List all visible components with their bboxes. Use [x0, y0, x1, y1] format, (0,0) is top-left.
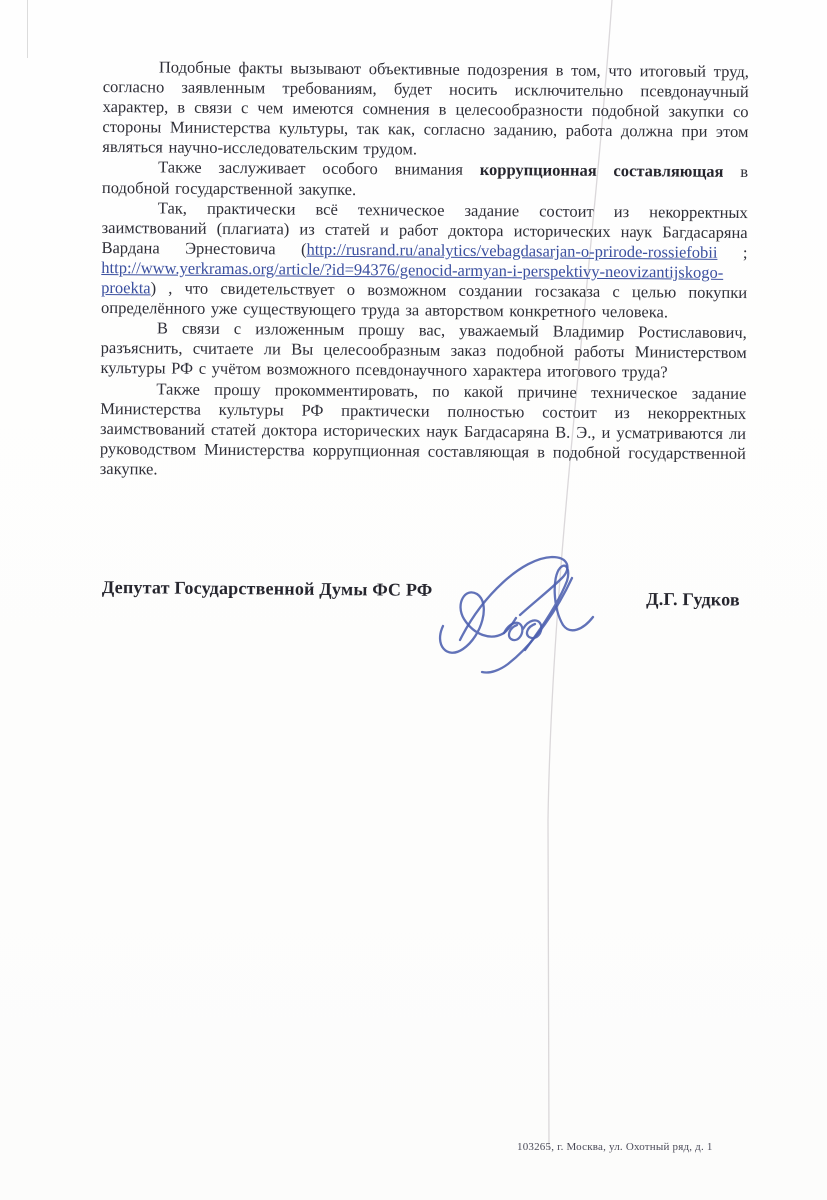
hyperlink[interactable]: http://rusrand.ru/analytics/vebagdasarja… — [306, 239, 717, 261]
text-run: ) , что свидетельствует о возможном созд… — [101, 278, 747, 321]
letter-body: Подобные факты вызывают объективные подо… — [100, 57, 749, 484]
paragraph: Подобные факты вызывают объективные подо… — [102, 57, 749, 163]
paragraph: Также заслуживает особого внимания корру… — [102, 157, 748, 202]
paragraph: Так, практически всё техническое задание… — [101, 198, 748, 324]
text-run: Подобные факты вызывают объективные подо… — [102, 57, 749, 158]
scan-edge-line — [27, 0, 28, 58]
signature-block: Депутат Государственной Думы ФС РФ Д.Г. … — [102, 577, 748, 611]
handwritten-signature — [430, 548, 602, 680]
text-run: Также заслуживает особого внимания — [158, 158, 480, 180]
text-run: ; — [717, 243, 747, 262]
text-run: Также прошу прокомментировать, по какой … — [100, 379, 747, 478]
bold-text: коррупционная составляющая — [480, 160, 724, 181]
paragraph: В связи с изложенным прошу вас, уважаемы… — [100, 318, 746, 383]
footer-address: 103265, г. Москва, ул. Охотный ряд, д. 1 — [517, 1141, 713, 1153]
paragraph: Также прошу прокомментировать, по какой … — [100, 378, 747, 484]
text-run: В связи с изложенным прошу вас, уважаемы… — [100, 319, 746, 382]
scanned-letter-page: Подобные факты вызывают объективные подо… — [0, 0, 827, 1200]
signer-name: Д.Г. Гудков — [646, 582, 748, 611]
signer-title: Депутат Государственной Думы ФС РФ — [102, 577, 433, 601]
